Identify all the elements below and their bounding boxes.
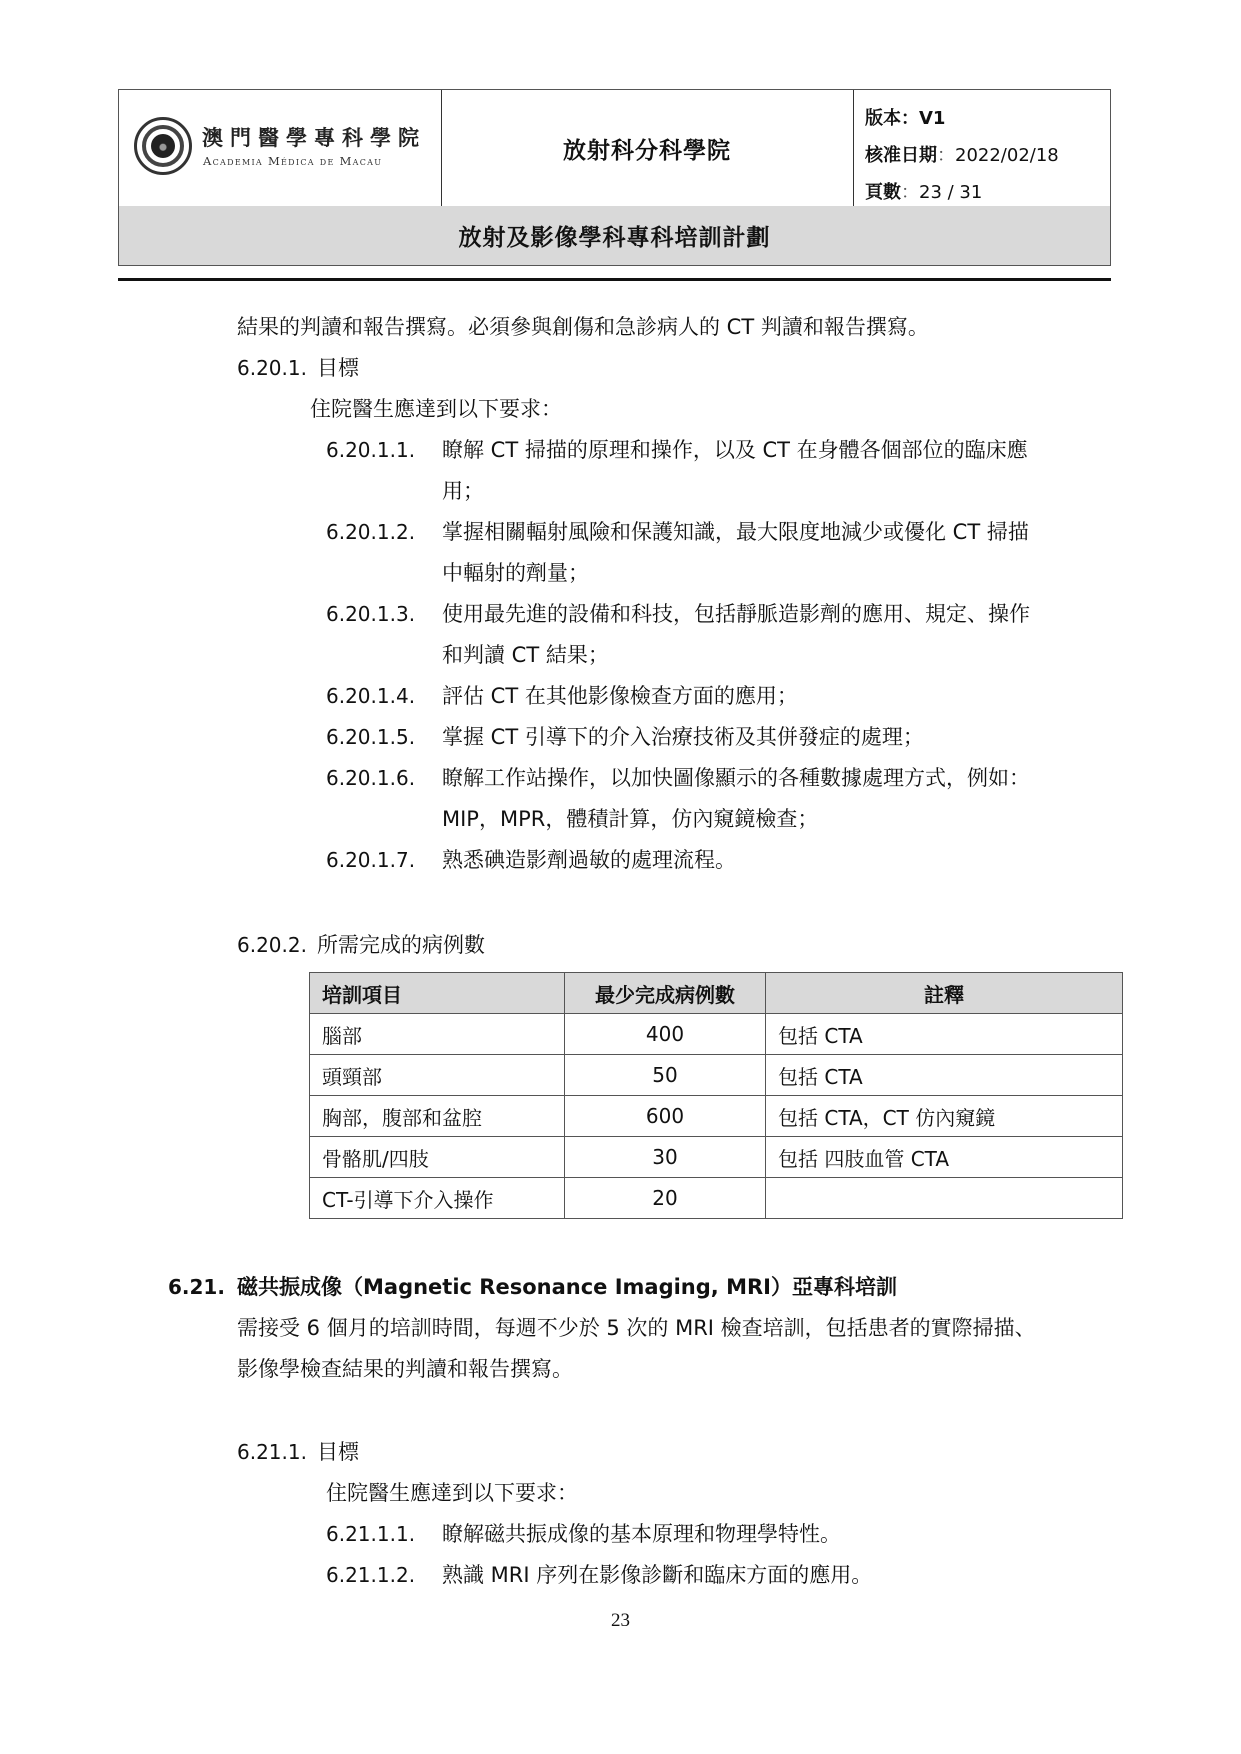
document-title: 放射及影像學科專科培訓計劃	[119, 206, 1110, 265]
list-item-number: 6.20.1.2.	[326, 518, 415, 546]
column-header-notes: 註釋	[766, 973, 1123, 1014]
cell-notes: 包括 CTA	[766, 1055, 1123, 1096]
section-number-6-20-1: 6.20.1.	[237, 354, 307, 382]
version-line: 版本：V1	[865, 100, 1110, 137]
version-value: V1	[919, 108, 945, 129]
cell-training-item: 胸部，腹部和盆腔	[310, 1096, 565, 1137]
cell-training-item: 腦部	[310, 1014, 565, 1055]
column-header-min-cases: 最少完成病例數	[565, 973, 766, 1014]
cell-min-cases: 400	[565, 1014, 766, 1055]
section-title-6-20-1: 目標	[317, 354, 359, 382]
list-item-text-cont: MIP，MPR，體積計算，仿內窺鏡檢查；	[442, 805, 818, 833]
list-item-text: 掌握 CT 引導下的介入治療技術及其併發症的處理；	[442, 723, 924, 751]
list-item-text-cont: 中輻射的劑量；	[442, 559, 589, 587]
table-row: 頭頸部 50 包括 CTA	[310, 1055, 1123, 1096]
approval-date-line: 核准日期：2022/02/18	[865, 137, 1110, 174]
list-item-text-cont: 和判讀 CT 結果；	[442, 641, 609, 669]
section-number-6-21-1: 6.21.1.	[237, 1438, 307, 1466]
list-item-number: 6.21.1.2.	[326, 1561, 415, 1589]
document-meta: 版本：V1 核准日期：2022/02/18 頁數：23 / 31	[853, 90, 1110, 206]
table-row: CT-引導下介入操作 20	[310, 1178, 1123, 1219]
list-item-number: 6.20.1.5.	[326, 723, 415, 751]
list-item-text-cont: 用；	[442, 477, 484, 505]
table-row: 胸部，腹部和盆腔 600 包括 CTA，CT 仿內窺鏡	[310, 1096, 1123, 1137]
academy-seal-icon	[134, 117, 192, 175]
mri-paragraph-line-1: 需接受 6 個月的培訓時間，每週不少於 5 次的 MRI 檢查培訓，包括患者的實…	[237, 1314, 1036, 1342]
requirements-intro: 住院醫生應達到以下要求：	[310, 395, 562, 423]
table-header-row: 培訓項目 最少完成病例數 註釋	[310, 973, 1123, 1014]
table-row: 骨骼肌/四肢 30 包括 四肢血管 CTA	[310, 1137, 1123, 1178]
pages-label: 頁數	[865, 182, 901, 203]
required-cases-table: 培訓項目 最少完成病例數 註釋 腦部 400 包括 CTA 頭頸部 50 包括 …	[309, 972, 1123, 1219]
list-item-number: 6.20.1.1.	[326, 436, 415, 464]
list-item-text: 掌握相關輻射風險和保護知識，最大限度地減少或優化 CT 掃描	[442, 518, 1029, 546]
list-item-text: 熟識 MRI 序列在影像診斷和臨床方面的應用。	[442, 1561, 872, 1589]
page-number: 23	[0, 1610, 1241, 1632]
list-item-text: 熟悉碘造影劑過敏的處理流程。	[442, 846, 736, 874]
table-row: 腦部 400 包括 CTA	[310, 1014, 1123, 1055]
list-item-number: 6.20.1.3.	[326, 600, 415, 628]
list-item-text: 瞭解工作站操作，以加快圖像顯示的各種數據處理方式，例如：	[442, 764, 1030, 792]
list-item-number: 6.20.1.7.	[326, 846, 415, 874]
cell-training-item: 頭頸部	[310, 1055, 565, 1096]
list-item-text: 瞭解 CT 掃描的原理和操作，以及 CT 在身體各個部位的臨床應	[442, 436, 1028, 464]
approval-date-value: 2022/02/18	[955, 145, 1059, 166]
cell-notes: 包括 CTA，CT 仿內窺鏡	[766, 1096, 1123, 1137]
cell-min-cases: 50	[565, 1055, 766, 1096]
header-top-row: 澳門醫學專科學院 Academia Médica de Macau 放射科分科學…	[119, 90, 1110, 207]
section-title-6-21-1: 目標	[317, 1438, 359, 1466]
cell-min-cases: 600	[565, 1096, 766, 1137]
list-item-number: 6.20.1.4.	[326, 682, 415, 710]
document-header: 澳門醫學專科學院 Academia Médica de Macau 放射科分科學…	[118, 89, 1111, 266]
list-item-text: 使用最先進的設備和科技，包括靜脈造影劑的應用、規定、操作	[442, 600, 1030, 628]
list-item-text: 評估 CT 在其他影像檢查方面的應用；	[442, 682, 798, 710]
list-item-number: 6.20.1.6.	[326, 764, 415, 792]
section-title-6-21: 磁共振成像（Magnetic Resonance Imaging, MRI）亞專…	[237, 1273, 897, 1301]
pages-value: 23 / 31	[919, 182, 982, 203]
header-divider	[118, 278, 1111, 281]
mri-paragraph-line-2: 影像學檢查結果的判讀和報告撰寫。	[237, 1355, 573, 1383]
cell-min-cases: 30	[565, 1137, 766, 1178]
section-title-6-20-2: 所需完成的病例數	[317, 931, 485, 959]
department-name: 放射科分科學院	[441, 90, 854, 206]
org-name-zh: 澳門醫學專科學院	[202, 122, 426, 152]
institution-logo-cell: 澳門醫學專科學院 Academia Médica de Macau	[119, 90, 442, 206]
list-item-text: 瞭解磁共振成像的基本原理和物理學特性。	[442, 1520, 841, 1548]
cell-min-cases: 20	[565, 1178, 766, 1219]
column-header-training-item: 培訓項目	[310, 973, 565, 1014]
org-name-en: Academia Médica de Macau	[203, 154, 382, 168]
version-label: 版本	[865, 108, 901, 129]
requirements-intro-mri: 住院醫生應達到以下要求：	[326, 1479, 578, 1507]
cell-notes: 包括 四肢血管 CTA	[766, 1137, 1123, 1178]
cell-training-item: 骨骼肌/四肢	[310, 1137, 565, 1178]
cell-notes	[766, 1178, 1123, 1219]
cell-notes: 包括 CTA	[766, 1014, 1123, 1055]
continuation-paragraph: 結果的判讀和報告撰寫。必須參與創傷和急診病人的 CT 判讀和報告撰寫。	[237, 313, 929, 341]
section-number-6-21: 6.21.	[168, 1273, 225, 1301]
approval-date-label: 核准日期	[865, 145, 937, 166]
cell-training-item: CT-引導下介入操作	[310, 1178, 565, 1219]
list-item-number: 6.21.1.1.	[326, 1520, 415, 1548]
section-number-6-20-2: 6.20.2.	[237, 931, 307, 959]
